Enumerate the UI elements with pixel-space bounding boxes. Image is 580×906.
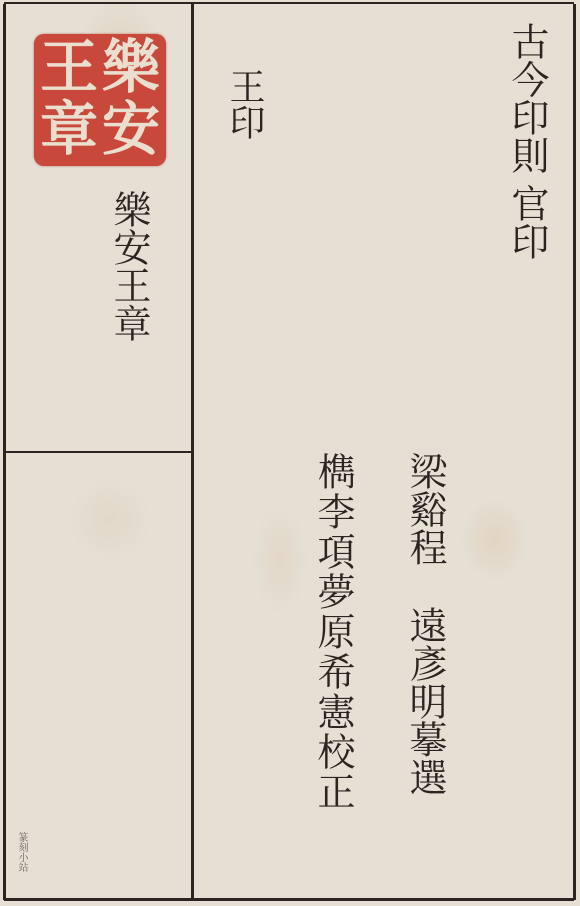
book-page: 古今印則官印 王印 樂 安 王 章 樂安王章 梁谿程遠彥明摹選 檇李項夢原希憲校… bbox=[0, 0, 580, 906]
seal-glyph: 章 bbox=[38, 100, 100, 158]
compiler-credit-column: 梁谿程遠彥明摹選 bbox=[406, 452, 444, 796]
seal-glyph: 安 bbox=[100, 100, 162, 158]
border-bottom-rule bbox=[4, 898, 574, 901]
column-divider-rule bbox=[191, 4, 194, 898]
border-right-rule bbox=[573, 4, 576, 900]
editor-credit-column: 檇李項夢原希憲校正 bbox=[314, 452, 352, 812]
box-divider-rule bbox=[4, 451, 191, 453]
watermark: 篆刻小站 bbox=[14, 832, 29, 872]
compiler-origin: 梁谿程 bbox=[403, 452, 447, 566]
seal-caption: 樂安王章 bbox=[110, 190, 148, 342]
seal-impression: 樂 安 王 章 bbox=[34, 34, 166, 166]
seal-glyph: 王 bbox=[38, 38, 100, 96]
book-title-column: 古今印則官印 bbox=[508, 22, 546, 260]
seal-glyph: 樂 bbox=[100, 38, 162, 96]
border-top-rule bbox=[4, 2, 574, 4]
section-title: 官印 bbox=[505, 184, 549, 260]
category-label: 王印 bbox=[226, 68, 262, 140]
compiler-name: 遠彥明摹選 bbox=[403, 606, 447, 796]
book-title: 古今印則 bbox=[505, 22, 549, 174]
